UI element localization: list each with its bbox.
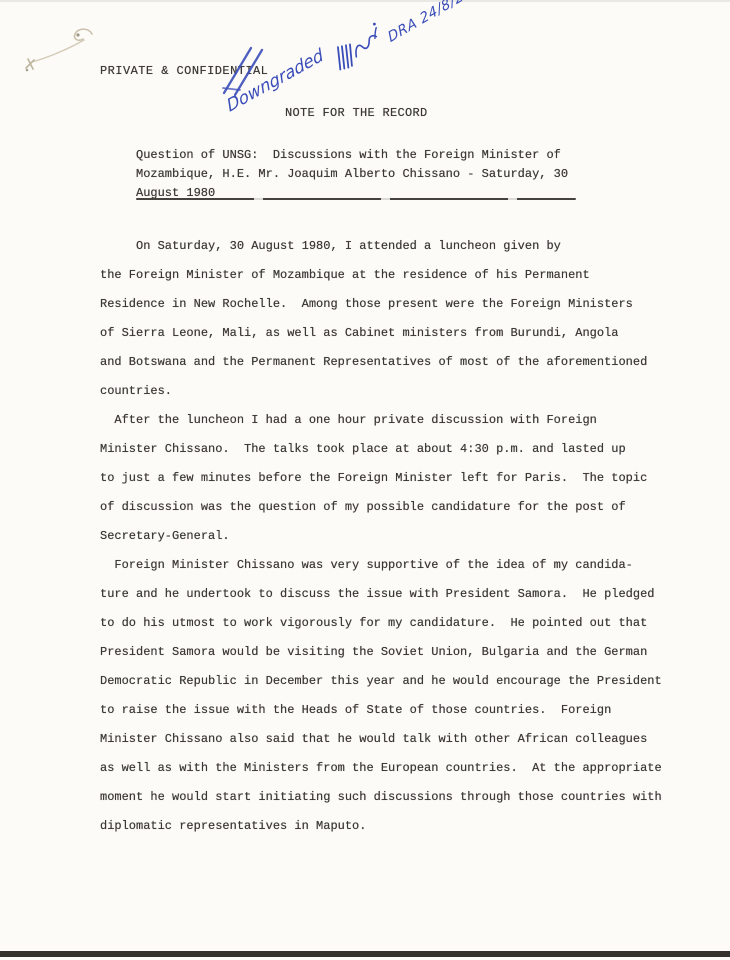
text-line: Minister Chissano also said that he woul… (100, 725, 662, 754)
text-line: On Saturday, 30 August 1980, I attended … (100, 232, 662, 261)
downgrade-initials-date-text: DRA 24/8/2023 (386, 0, 491, 47)
text-line: Democratic Republic in December this yea… (100, 667, 662, 696)
pencil-scribble-icon (12, 20, 112, 75)
document-title: NOTE FOR THE RECORD (285, 106, 428, 120)
text-line: countries. (100, 377, 662, 406)
text-line: ture and he undertook to discuss the iss… (100, 580, 662, 609)
text-line: Secretary-General. (100, 522, 662, 551)
subject-block: Question of UNSG: Discussions with the F… (136, 146, 568, 203)
text-line: diplomatic representatives in Maputo. (100, 812, 662, 841)
text-line: Question of UNSG: Discussions with the F… (136, 146, 568, 165)
document-body: On Saturday, 30 August 1980, I attended … (100, 232, 662, 841)
text-line: and Botswana and the Permanent Represent… (100, 348, 662, 377)
paragraph-2: After the luncheon I had a one hour priv… (100, 406, 662, 551)
text-line: August 1980 (136, 184, 568, 203)
text-line: Residence in New Rochelle. Among those p… (100, 290, 662, 319)
text-line: Mozambique, H.E. Mr. Joaquim Alberto Chi… (136, 165, 568, 184)
scanned-document-page: PRIVATE & CONFIDENTIAL Downgraded DRA 24… (0, 0, 730, 960)
text-line: moment he would start initiating such di… (100, 783, 662, 812)
text-line: Foreign Minister Chissano was very suppo… (100, 551, 662, 580)
text-line: After the luncheon I had a one hour priv… (100, 406, 662, 435)
text-line: President Samora would be visiting the S… (100, 638, 662, 667)
text-line: the Foreign Minister of Mozambique at th… (100, 261, 662, 290)
subject-underline (136, 198, 576, 200)
paragraph-1: On Saturday, 30 August 1980, I attended … (100, 232, 662, 406)
text-line: Minister Chissano. The talks took place … (100, 435, 662, 464)
scan-edge-bottom (0, 951, 730, 957)
paragraph-3: Foreign Minister Chissano was very suppo… (100, 551, 662, 841)
text-line: of discussion was the question of my pos… (100, 493, 662, 522)
signature-scribble-icon (324, 20, 390, 75)
text-line: to raise the issue with the Heads of Sta… (100, 696, 662, 725)
text-line: of Sierra Leone, Mali, as well as Cabine… (100, 319, 662, 348)
text-line: to just a few minutes before the Foreign… (100, 464, 662, 493)
text-line: to do his utmost to work vigorously for … (100, 609, 662, 638)
scan-edge-top (0, 0, 730, 2)
text-line: as well as with the Ministers from the E… (100, 754, 662, 783)
